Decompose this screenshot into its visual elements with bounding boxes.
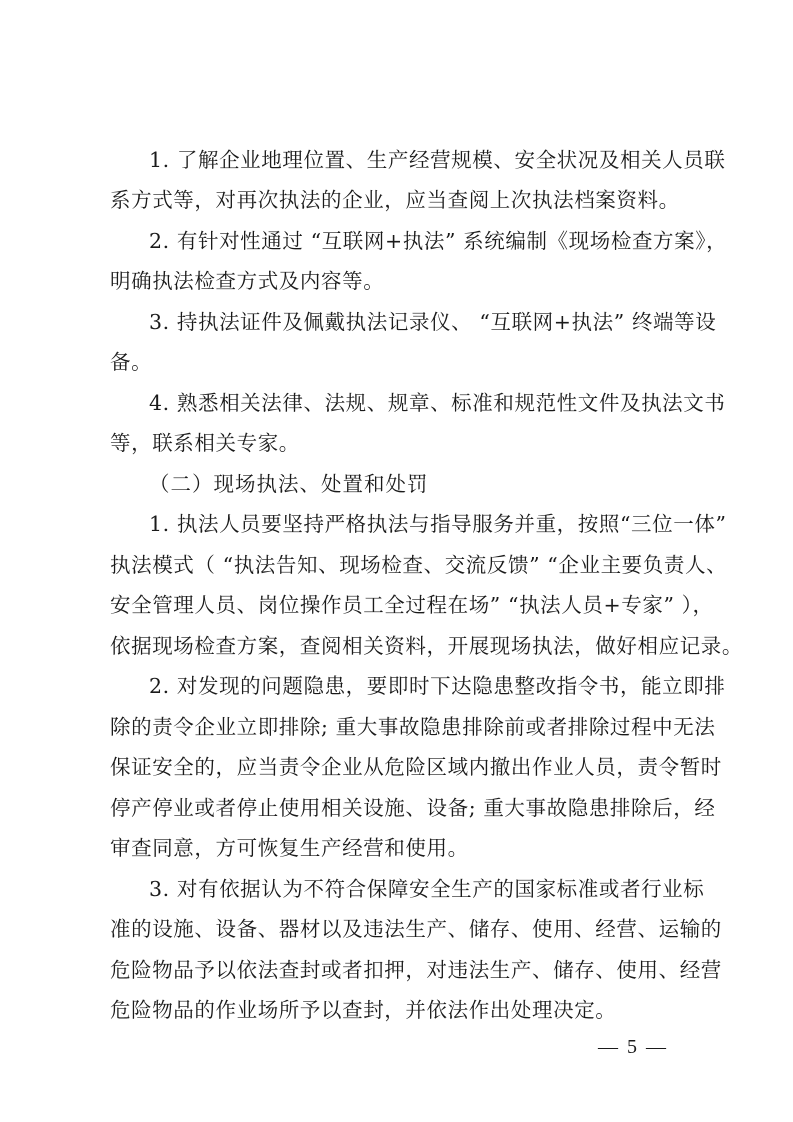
paragraph-6-line-1: 2. 对发现的问题隐患，要即时下达隐患整改指令书，能立即排: [149, 673, 739, 699]
document-page: 1. 了解企业地理位置、生产经营规模、安全状况及相关人员联 系方式等，对再次执法…: [0, 0, 793, 1122]
paragraph-2-line-1: 2. 有针对性通过 “互联网+执法” 系统编制《现场检查方案》，: [149, 228, 739, 254]
paragraph-1-line-1: 1. 了解企业地理位置、生产经营规模、安全状况及相关人员联: [149, 147, 739, 173]
paragraph-4-line-1: 4. 熟悉相关法律、法规、规章、标准和规范性文件及执法文书: [149, 390, 739, 416]
paragraph-3-line-1: 3. 持执法证件及佩戴执法记录仪、 “互联网+执法” 终端等设: [149, 309, 739, 335]
page-number: — 5 —: [598, 1036, 668, 1059]
paragraph-7-line-3: 危险物品予以依法查封或者扣押，对违法生产、储存、使用、经营: [110, 957, 700, 983]
paragraph-4-line-2: 等，联系相关专家。: [110, 430, 700, 456]
paragraph-7-line-1: 3. 对有依据认为不符合保障安全生产的国家标准或者行业标: [149, 876, 739, 902]
paragraph-6-line-3: 保证安全的，应当责令企业从危险区域内撤出作业人员，责令暂时: [110, 754, 700, 780]
paragraph-1-line-2: 系方式等，对再次执法的企业，应当查阅上次执法档案资料。: [110, 187, 700, 213]
section-heading: （二）现场执法、处置和处罚: [149, 471, 739, 497]
paragraph-2-line-2: 明确执法检查方式及内容等。: [110, 268, 700, 294]
paragraph-6-line-4: 停产停业或者停止使用相关设施、设备; 重大事故隐患排除后，经: [110, 795, 700, 821]
paragraph-7-line-4: 危险物品的作业场所予以查封，并依法作出处理决定。: [110, 997, 700, 1023]
paragraph-7-line-2: 准的设施、设备、器材以及违法生产、储存、使用、经营、运输的: [110, 916, 700, 942]
paragraph-5-line-4: 依据现场检查方案，查阅相关资料，开展现场执法，做好相应记录。: [110, 633, 700, 659]
paragraph-6-line-5: 审查同意，方可恢复生产经营和使用。: [110, 835, 700, 861]
paragraph-3-line-2: 备。: [110, 349, 700, 375]
paragraph-5-line-1: 1. 执法人员要坚持严格执法与指导服务并重，按照“三位一体”: [149, 511, 739, 537]
paragraph-6-line-2: 除的责令企业立即排除; 重大事故隐患排除前或者排除过程中无法: [110, 714, 700, 740]
paragraph-5-line-2: 执法模式（ “执法告知、现场检查、交流反馈” “企业主要负责人、: [110, 552, 700, 578]
paragraph-5-line-3: 安全管理人员、岗位操作员工全过程在场” “执法人员+专家” ），: [110, 592, 700, 618]
